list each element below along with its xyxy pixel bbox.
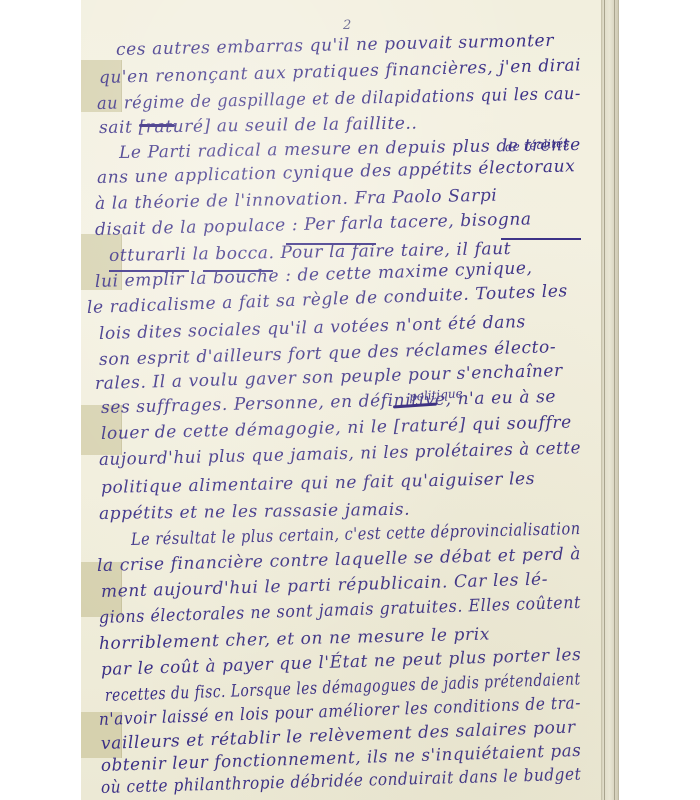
- manuscript-page: 2 ces autres embarras qu'il ne pouvait s…: [81, 0, 601, 800]
- page-number: 2: [343, 18, 351, 33]
- manuscript-line: aujourd'hui plus que jamais, ni les prol…: [99, 438, 582, 470]
- manuscript-line: ces autres embarras qu'il ne pouvait sur…: [116, 31, 554, 60]
- manuscript-line: à la théorie de l'innovation. Fra Paolo …: [95, 186, 498, 214]
- manuscript-line: qu'en renonçant aux pratiques financière…: [99, 55, 582, 88]
- manuscript-line: disait de la populace : Per farla tacere…: [95, 209, 532, 240]
- underline-mark: [501, 238, 581, 240]
- strikethrough-mark: [139, 124, 175, 127]
- sheet-edge-line: [614, 0, 615, 800]
- sheet-edge-line: [604, 0, 605, 800]
- manuscript-line: politique alimentaire qui ne fait qu'aig…: [101, 469, 535, 498]
- manuscript-line: au régime de gaspillage et de dilapidati…: [97, 84, 581, 114]
- manuscript-line: appétits et ne les rassasie jamais.: [99, 500, 410, 524]
